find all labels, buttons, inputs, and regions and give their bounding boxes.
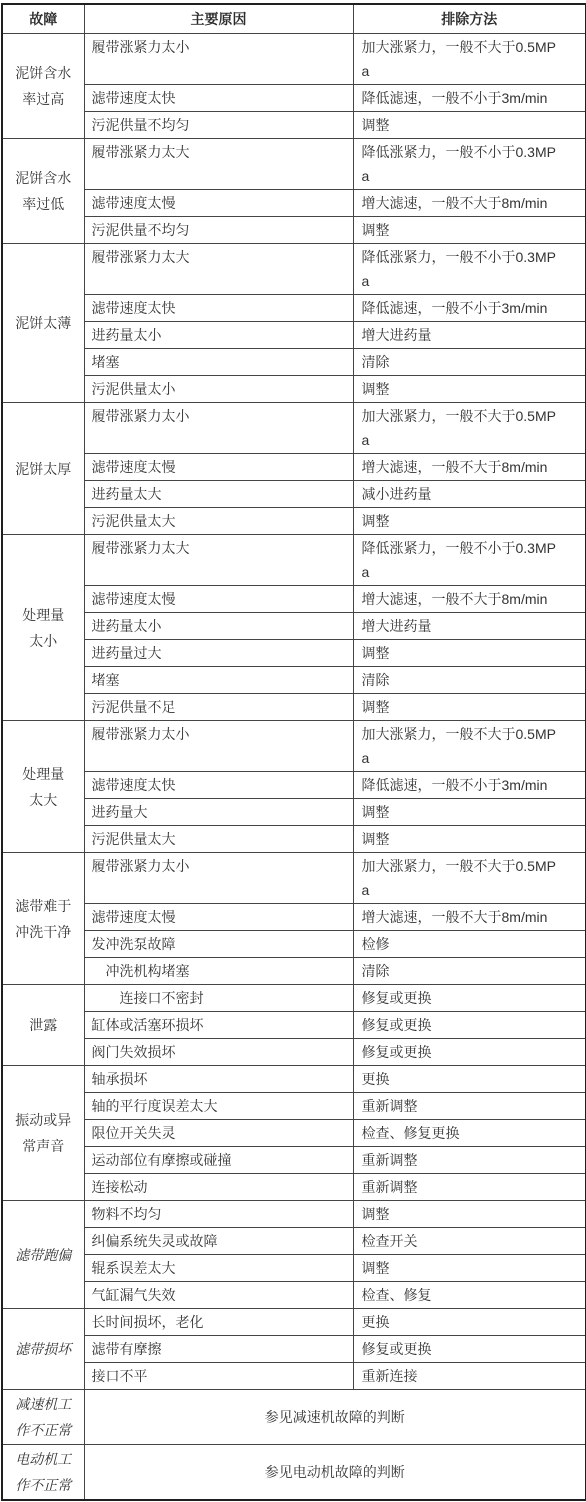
table-row: 阀门失效损坏修复或更换: [2, 1039, 586, 1066]
table-row: 进药量太小增大进药量: [2, 613, 586, 640]
cause-cell: 堵塞: [84, 667, 353, 694]
remedy-cell: 加大涨紧力，一般不大于0.5MP a: [353, 721, 586, 772]
remedy-cell: 降低滤速，一般不小于3m/min: [353, 85, 586, 112]
table-row: 滤带速度太慢增大滤速，一般不大于8m/min: [2, 190, 586, 217]
fault-cell: 泥饼含水 率过低: [2, 139, 84, 244]
table-row: 污泥供量太大调整: [2, 508, 586, 535]
cause-cell: 长时间损坏，老化: [84, 1309, 353, 1336]
cause-cell: 气缸漏气失效: [84, 1282, 353, 1309]
table-row: 发冲洗泵故障检修: [2, 931, 586, 958]
table-row: 冲洗机构堵塞清除: [2, 958, 586, 985]
remedy-cell: 调整: [353, 376, 586, 403]
fault-cell: 电动机工 作不正常: [2, 1445, 84, 1501]
table-row: 轴的平行度误差太大重新调整: [2, 1093, 586, 1120]
fault-cell: 滤带损坏: [2, 1309, 84, 1390]
note-cell: 参见减速机故障的判断: [84, 1390, 586, 1445]
remedy-cell: 加大涨紧力，一般不大于0.5MP a: [353, 34, 586, 85]
table-row: 纠偏系统失灵或故障检查开关: [2, 1228, 586, 1255]
table-row: 污泥供量不均匀调整: [2, 217, 586, 244]
column-header-fault: 故障: [2, 4, 84, 34]
table-row: 堵塞清除: [2, 349, 586, 376]
cause-cell: 轴的平行度误差太大: [84, 1093, 353, 1120]
cause-cell: 履带涨紧力太小: [84, 853, 353, 904]
table-row: 滤带速度太快降低滤速，一般不小于3m/min: [2, 85, 586, 112]
fault-cell: 振动或异 常声音: [2, 1066, 84, 1201]
remedy-cell: 增大进药量: [353, 322, 586, 349]
remedy-cell: 调整: [353, 508, 586, 535]
table-row: 连接松动重新调整: [2, 1174, 586, 1201]
cause-cell: 轴承损坏: [84, 1066, 353, 1093]
fault-cell: 泥饼含水 率过高: [2, 34, 84, 139]
troubleshooting-table: 故障主要原因排除方法 泥饼含水 率过高履带涨紧力太小加大涨紧力，一般不大于0.5…: [1, 3, 586, 1501]
cause-cell: 进药量太小: [84, 613, 353, 640]
table-row: 污泥供量不足调整: [2, 694, 586, 721]
table-row: 污泥供量太大调整: [2, 826, 586, 853]
remedy-cell: 检查、修复: [353, 1282, 586, 1309]
table-row: 污泥供量不均匀调整: [2, 112, 586, 139]
table-row: 电动机工 作不正常参见电动机故障的判断: [2, 1445, 586, 1501]
cause-cell: 运动部位有摩擦或碰撞: [84, 1147, 353, 1174]
cause-cell: 滤带速度太慢: [84, 586, 353, 613]
cause-cell: 进药量过大: [84, 640, 353, 667]
table-header-row: 故障主要原因排除方法: [2, 4, 586, 34]
remedy-cell: 调整: [353, 112, 586, 139]
table-row: 运动部位有摩擦或碰撞重新调整: [2, 1147, 586, 1174]
table-row: 限位开关失灵检查、修复更换: [2, 1120, 586, 1147]
cause-cell: 污泥供量不均匀: [84, 217, 353, 244]
fault-cell: 泄露: [2, 985, 84, 1066]
table-row: 缸体或活塞环损坏修复或更换: [2, 1012, 586, 1039]
table-row: 进药量太大减小进药量: [2, 481, 586, 508]
table-row: 泄露 连接口不密封修复或更换: [2, 985, 586, 1012]
remedy-cell: 清除: [353, 958, 586, 985]
cause-cell: 发冲洗泵故障: [84, 931, 353, 958]
cause-cell: 限位开关失灵: [84, 1120, 353, 1147]
remedy-cell: 调整: [353, 640, 586, 667]
cause-cell: 冲洗机构堵塞: [84, 958, 353, 985]
table-row: 滤带损坏长时间损坏，老化更换: [2, 1309, 586, 1336]
cause-cell: 物料不均匀: [84, 1201, 353, 1228]
table-row: 滤带跑偏物料不均匀调整: [2, 1201, 586, 1228]
fault-cell: 处理量 太小: [2, 535, 84, 721]
table-row: 滤带速度太慢增大滤速，一般不大于8m/min: [2, 454, 586, 481]
remedy-cell: 加大涨紧力，一般不大于0.5MP a: [353, 853, 586, 904]
remedy-cell: 加大涨紧力，一般不大于0.5MP a: [353, 403, 586, 454]
fault-cell: 泥饼太厚: [2, 403, 84, 535]
table-row: 滤带速度太快降低滤速，一般不小于3m/min: [2, 772, 586, 799]
cause-cell: 连接松动: [84, 1174, 353, 1201]
cause-cell: 污泥供量太大: [84, 508, 353, 535]
remedy-cell: 修复或更换: [353, 1039, 586, 1066]
remedy-cell: 清除: [353, 667, 586, 694]
remedy-cell: 降低涨紧力，一般不小于0.3MP a: [353, 244, 586, 295]
cause-cell: 连接口不密封: [84, 985, 353, 1012]
fault-cell: 减速机工 作不正常: [2, 1390, 84, 1445]
table-row: 泥饼太厚履带涨紧力太小加大涨紧力，一般不大于0.5MP a: [2, 403, 586, 454]
cause-cell: 履带涨紧力太大: [84, 244, 353, 295]
cause-cell: 滤带速度太快: [84, 772, 353, 799]
table-row: 滤带速度太快降低滤速，一般不小于3m/min: [2, 295, 586, 322]
cause-cell: 污泥供量太大: [84, 826, 353, 853]
cause-cell: 纠偏系统失灵或故障: [84, 1228, 353, 1255]
table-row: 滤带难于 冲洗干净履带涨紧力太小加大涨紧力，一般不大于0.5MP a: [2, 853, 586, 904]
remedy-cell: 重新调整: [353, 1093, 586, 1120]
remedy-cell: 调整: [353, 694, 586, 721]
cause-cell: 缸体或活塞环损坏: [84, 1012, 353, 1039]
cause-cell: 接口不平: [84, 1363, 353, 1390]
remedy-cell: 降低涨紧力，一般不小于0.3MP a: [353, 139, 586, 190]
table-row: 堵塞清除: [2, 667, 586, 694]
table-row: 处理量 太大履带涨紧力太小加大涨紧力，一般不大于0.5MP a: [2, 721, 586, 772]
cause-cell: 滤带速度太快: [84, 85, 353, 112]
fault-cell: 处理量 太大: [2, 721, 84, 853]
note-cell: 参见电动机故障的判断: [84, 1445, 586, 1501]
cause-cell: 滤带速度太慢: [84, 190, 353, 217]
remedy-cell: 修复或更换: [353, 985, 586, 1012]
table-row: 接口不平重新连接: [2, 1363, 586, 1390]
remedy-cell: 重新调整: [353, 1147, 586, 1174]
column-header-remedy: 排除方法: [353, 4, 586, 34]
remedy-cell: 清除: [353, 349, 586, 376]
remedy-cell: 增大进药量: [353, 613, 586, 640]
remedy-cell: 降低滤速，一般不小于3m/min: [353, 772, 586, 799]
remedy-cell: 降低涨紧力，一般不小于0.3MP a: [353, 535, 586, 586]
remedy-cell: 调整: [353, 1201, 586, 1228]
remedy-cell: 更换: [353, 1309, 586, 1336]
table-row: 泥饼含水 率过高履带涨紧力太小加大涨紧力，一般不大于0.5MP a: [2, 34, 586, 85]
cause-cell: 滤带速度太快: [84, 295, 353, 322]
cause-cell: 进药量太大: [84, 481, 353, 508]
remedy-cell: 检修: [353, 931, 586, 958]
remedy-cell: 增大滤速，一般不大于8m/min: [353, 904, 586, 931]
fault-cell: 泥饼太薄: [2, 244, 84, 403]
cause-cell: 履带涨紧力太小: [84, 34, 353, 85]
fault-cell: 滤带跑偏: [2, 1201, 84, 1309]
remedy-cell: 调整: [353, 1255, 586, 1282]
table-row: 污泥供量太小调整: [2, 376, 586, 403]
table-row: 进药量大调整: [2, 799, 586, 826]
table-row: 处理量 太小履带涨紧力太大降低涨紧力，一般不小于0.3MP a: [2, 535, 586, 586]
remedy-cell: 调整: [353, 799, 586, 826]
cause-cell: 滤带有摩擦: [84, 1336, 353, 1363]
remedy-cell: 调整: [353, 826, 586, 853]
table-row: 泥饼太薄履带涨紧力太大降低涨紧力，一般不小于0.3MP a: [2, 244, 586, 295]
fault-cell: 滤带难于 冲洗干净: [2, 853, 84, 985]
remedy-cell: 增大滤速，一般不大于8m/min: [353, 454, 586, 481]
table-row: 滤带有摩擦修复或更换: [2, 1336, 586, 1363]
column-header-cause: 主要原因: [84, 4, 353, 34]
remedy-cell: 重新连接: [353, 1363, 586, 1390]
table-row: 气缸漏气失效检查、修复: [2, 1282, 586, 1309]
table-row: 进药量太小增大进药量: [2, 322, 586, 349]
remedy-cell: 检查、修复更换: [353, 1120, 586, 1147]
cause-cell: 履带涨紧力太大: [84, 139, 353, 190]
table-row: 振动或异 常声音轴承损坏更换: [2, 1066, 586, 1093]
table-row: 滤带速度太慢增大滤速，一般不大于8m/min: [2, 904, 586, 931]
cause-cell: 污泥供量不足: [84, 694, 353, 721]
remedy-cell: 更换: [353, 1066, 586, 1093]
remedy-cell: 增大滤速，一般不大于8m/min: [353, 190, 586, 217]
remedy-cell: 降低滤速，一般不小于3m/min: [353, 295, 586, 322]
cause-cell: 阀门失效损坏: [84, 1039, 353, 1066]
table-row: 减速机工 作不正常参见减速机故障的判断: [2, 1390, 586, 1445]
remedy-cell: 重新调整: [353, 1174, 586, 1201]
table-row: 辊系误差太大调整: [2, 1255, 586, 1282]
table-body: 泥饼含水 率过高履带涨紧力太小加大涨紧力，一般不大于0.5MP a滤带速度太快降…: [2, 34, 586, 1501]
table-row: 泥饼含水 率过低履带涨紧力太大降低涨紧力，一般不小于0.3MP a: [2, 139, 586, 190]
remedy-cell: 修复或更换: [353, 1336, 586, 1363]
cause-cell: 堵塞: [84, 349, 353, 376]
remedy-cell: 调整: [353, 217, 586, 244]
cause-cell: 进药量大: [84, 799, 353, 826]
cause-cell: 滤带速度太慢: [84, 904, 353, 931]
remedy-cell: 修复或更换: [353, 1012, 586, 1039]
cause-cell: 污泥供量太小: [84, 376, 353, 403]
cause-cell: 履带涨紧力太小: [84, 721, 353, 772]
table-row: 进药量过大调整: [2, 640, 586, 667]
cause-cell: 履带涨紧力太大: [84, 535, 353, 586]
cause-cell: 辊系误差太大: [84, 1255, 353, 1282]
remedy-cell: 增大滤速，一般不大于8m/min: [353, 586, 586, 613]
remedy-cell: 减小进药量: [353, 481, 586, 508]
cause-cell: 进药量太小: [84, 322, 353, 349]
cause-cell: 滤带速度太慢: [84, 454, 353, 481]
cause-cell: 履带涨紧力太小: [84, 403, 353, 454]
cause-cell: 污泥供量不均匀: [84, 112, 353, 139]
table-row: 滤带速度太慢增大滤速，一般不大于8m/min: [2, 586, 586, 613]
remedy-cell: 检查开关: [353, 1228, 586, 1255]
page-content: 故障主要原因排除方法 泥饼含水 率过高履带涨紧力太小加大涨紧力，一般不大于0.5…: [0, 0, 586, 1502]
